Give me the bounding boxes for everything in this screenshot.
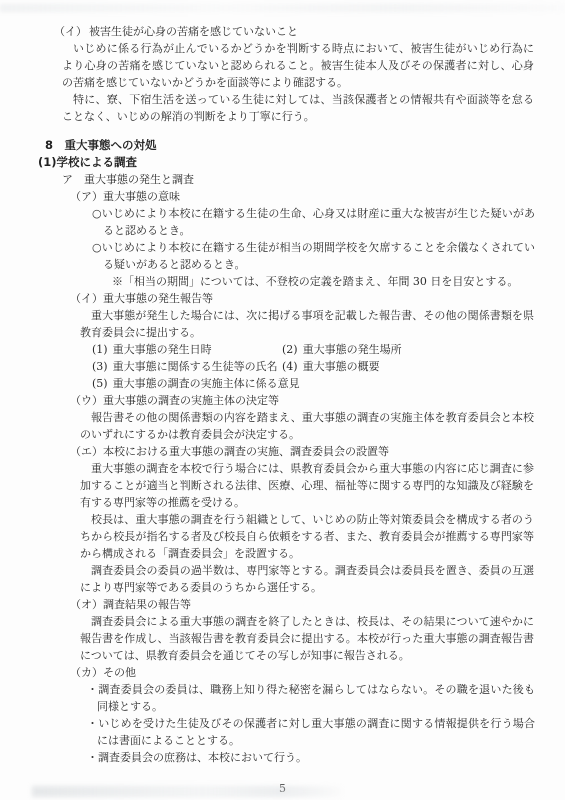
item-text: 重大事態に関係する生徒等の氏名: [113, 360, 278, 373]
scan-artifact-bottom: [32, 786, 342, 797]
numbered-item: (1)重大事態の発生日時: [92, 341, 282, 358]
doc-block-para: 重大事態が発生した場合には、次に掲げる事項を記載した報告書、その他の関係書類を県…: [80, 307, 534, 341]
section-title: 重大事態の発生報告等: [103, 292, 213, 305]
doc-block-para: 校長は、重大事態の調査を行う組織として、いじめの防止等対策委員会を構成する者のう…: [80, 511, 534, 562]
doc-block-h2: (1)学校による調査: [38, 154, 565, 171]
doc-block-circle: ○いじめにより本校に在籍する生徒の生命、心身又は財産に重大な被害が生じた疑いがあ…: [0, 205, 535, 239]
item-number: (3): [92, 360, 108, 373]
item-number: (5): [92, 377, 108, 390]
numbered-item: (3)重大事態に関係する生徒等の氏名: [92, 358, 282, 375]
item-text: 重大事態の発生場所: [303, 343, 402, 356]
section-label: （ア）: [70, 190, 103, 203]
section-title: その他: [103, 666, 136, 679]
section-label: （オ）: [70, 598, 103, 611]
numbered-item: (4)重大事態の概要: [282, 358, 535, 375]
section-label: （カ）: [70, 666, 103, 679]
item-number: (4): [282, 360, 298, 373]
doc-block-bullet: ・調査委員会の委員は、職務上知り得た秘密を漏らしてはならない。その職を退いた後も…: [0, 681, 535, 715]
doc-block-h1: 8 重大事態への対処: [45, 137, 565, 154]
doc-block-para: 重大事態の調査を本校で行う場合には、県教育委員会から重大事態の内容に応じ調査に参…: [80, 460, 534, 511]
doc-block-para: 調査委員会による重大事態の調査を終了したときは、校長は、その結果について速やかに…: [80, 613, 534, 664]
doc-block-sec: （イ）重大事態の発生報告等: [70, 290, 537, 307]
doc-block-para-top: 特に、寮、下宿生活を送っている生徒に対しては、当該保護者との情報共有や面談等を怠…: [62, 91, 534, 125]
doc-block-para: 報告書その他の関係書類の内容を踏まえ、重大事態の調査の実施主体を教育委員会と本校…: [80, 409, 534, 443]
scan-artifact-top: [0, 4, 565, 12]
doc-block-sec: （カ）その他: [70, 664, 537, 681]
doc-block-bullet: ・いじめを受けた生徒及びその保護者に対し重大事態の調査に関する情報提供を行う場合…: [0, 715, 535, 749]
document-body: （イ）被害生徒が心身の苦痛を感じていないこといじめに係る行為が止んでいるかどうか…: [0, 23, 565, 766]
section-title: 被害生徒が心身の苦痛を感じていないこと: [89, 25, 298, 38]
doc-block-sec: （エ）本校における重大事態の調査の実施、調査委員会の設置等: [70, 443, 537, 460]
doc-block-note: ※「相当の期間」については、不登校の定義を踏まえ、年間 30 日を目安とする。: [112, 273, 543, 290]
doc-block-bullet: ・調査委員会の庶務は、本校において行う。: [0, 749, 535, 766]
doc-block-sec: （ア）重大事態の意味: [70, 188, 537, 205]
section-label: （イ）: [54, 25, 87, 38]
doc-block-h3: ア 重大事態の発生と調査: [62, 171, 565, 188]
doc-block-sec: （オ）調査結果の報告等: [70, 596, 537, 613]
document-page: （イ）被害生徒が心身の苦痛を感じていないこといじめに係る行為が止んでいるかどうか…: [0, 0, 565, 800]
doc-block-sec: （ウ）重大事態の調査の実施主体の決定等: [70, 392, 537, 409]
numbered-item: (5)重大事態の調査の実施主体に係る意見: [92, 375, 282, 392]
section-label: （イ）: [70, 292, 103, 305]
numbered-item: (2)重大事態の発生場所: [282, 341, 535, 358]
item-number: (1): [92, 343, 108, 356]
item-text: 重大事態の概要: [303, 360, 380, 373]
item-text: 重大事態の調査の実施主体に係る意見: [113, 377, 300, 390]
doc-block-sec-top: （イ）被害生徒が心身の苦痛を感じていないこと: [54, 23, 535, 40]
doc-block-para-top: いじめに係る行為が止んでいるかどうかを判断する時点において、被害生徒がいじめ行為…: [62, 40, 534, 91]
section-label: （ウ）: [70, 394, 103, 407]
section-label: （エ）: [70, 445, 103, 458]
item-number: (2): [282, 343, 298, 356]
doc-block-para: 調査委員会の委員の過半数は、専門家等とする。調査委員会は委員長を置き、委員の互選…: [80, 562, 534, 596]
doc-block-circle: ○いじめにより本校に在籍する生徒が相当の期間学校を欠席することを余儀なくされてい…: [0, 239, 535, 273]
section-title: 重大事態の意味: [103, 190, 180, 203]
item-text: 重大事態の発生日時: [113, 343, 212, 356]
doc-block-numgrid: (1)重大事態の発生日時(2)重大事態の発生場所(3)重大事態に関係する生徒等の…: [92, 341, 535, 392]
section-title: 調査結果の報告等: [103, 598, 191, 611]
section-title: 重大事態の調査の実施主体の決定等: [103, 394, 279, 407]
section-title: 本校における重大事態の調査の実施、調査委員会の設置等: [103, 445, 389, 458]
